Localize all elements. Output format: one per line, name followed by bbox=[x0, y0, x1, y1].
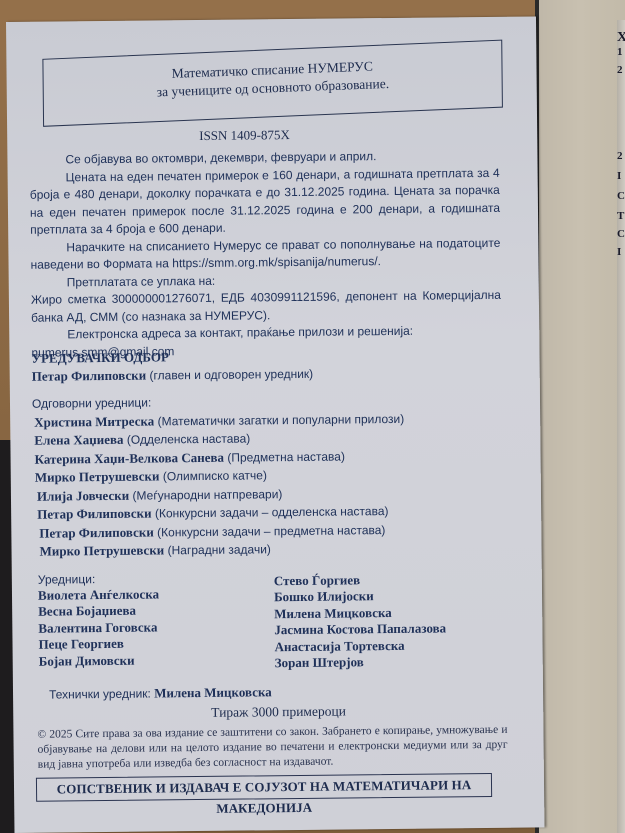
editor-role: (Меѓународни натпревари) bbox=[129, 487, 282, 503]
responsible-editors: Христина Митреска (Математички загатки и… bbox=[32, 408, 504, 561]
editor-role: (Предметна настава) bbox=[224, 449, 345, 464]
editorial-board: УРЕДУВАЧКИ ОДБОР Петар Филиповски (главе… bbox=[31, 345, 505, 704]
editor-role: (Олимписко катче) bbox=[159, 468, 267, 483]
editor: Пеце Георгиев bbox=[38, 635, 159, 653]
editor: Валентина Гоговска bbox=[38, 619, 159, 637]
editor: Јасмина Костова Папалазова bbox=[274, 620, 446, 638]
editor-name: Илија Јовчески bbox=[37, 487, 129, 503]
editor: Стево Ѓоргиев bbox=[274, 571, 446, 589]
editor-role: (Наградни задачи) bbox=[164, 542, 271, 557]
editor-name: Елена Хаџиева bbox=[34, 432, 123, 448]
orders-info: Нарачките на списанието Нумерус се права… bbox=[30, 234, 500, 274]
technical-editor-label: Технички уредник: bbox=[49, 686, 154, 701]
issn: ISSN 1409-875X bbox=[199, 127, 290, 144]
editor-role: (Математички загатки и популарни прилози… bbox=[154, 411, 404, 428]
chief-editor-name: Петар Филиповски bbox=[32, 367, 147, 383]
opposite-page-glyph: 2 bbox=[617, 150, 623, 162]
opposite-page-edge bbox=[617, 20, 625, 833]
payment-details: Жиро сметка 300000001276071, ЕДБ 4030991… bbox=[31, 287, 501, 327]
chief-editor-role: (главен и одговорен уредник) bbox=[146, 366, 313, 382]
editor: Зоран Штерјов bbox=[275, 653, 447, 671]
print-run: Тираж 3000 примероци bbox=[211, 703, 346, 720]
editor: Бојан Димовски bbox=[39, 652, 160, 670]
technical-editor-name: Милена Мицковска bbox=[154, 684, 272, 700]
editors-section: Уредници: Виолета Анѓелкоска Весна Бојаџ… bbox=[34, 566, 505, 683]
editor-name: Петар Филиповски bbox=[39, 524, 154, 540]
opposite-page-glyph: T bbox=[617, 210, 624, 222]
editor-name: Мирко Петрушевски bbox=[39, 542, 164, 558]
editor: Анастасија Тортевска bbox=[274, 637, 446, 655]
magazine-page: Математичко списание НУМЕРУС за ученицит… bbox=[6, 16, 544, 833]
editor-name: Христина Митреска bbox=[34, 413, 154, 429]
copyright-notice: © 2025 Сите права за ова издание се зашт… bbox=[37, 723, 507, 773]
orders-link[interactable]: https://smm.org.mk/spisanija/numerus/ bbox=[172, 254, 378, 270]
editors-right-column: Стево Ѓоргиев Бошко Илијоски Милена Мицк… bbox=[274, 571, 447, 672]
opposite-page-glyph: 1 bbox=[617, 46, 623, 58]
opposite-page-glyph: I bbox=[617, 170, 621, 182]
publication-info: Се објавува во октомври, декември, февру… bbox=[29, 147, 501, 362]
opposite-page-glyph: 2 bbox=[617, 64, 623, 76]
editor: Бошко Илијоски bbox=[274, 587, 446, 605]
opposite-page-glyph: C bbox=[617, 190, 625, 202]
publisher-banner: СОПСТВЕНИК И ИЗДАВАЧ Е СОЈУЗОТ НА МАТЕМА… bbox=[36, 773, 492, 802]
opposite-page-glyph: Х bbox=[617, 30, 625, 46]
editor: Весна Бојаџиева bbox=[38, 602, 159, 620]
editor-name: Петар Филиповски bbox=[37, 506, 152, 522]
responsible-editor: Мирко Петрушевски (Наградни задачи) bbox=[33, 538, 503, 561]
editor-name: Катерина Хаџи-Велкова Санева bbox=[34, 449, 224, 466]
editor-role: (Конкурсни задачи – предметна настава) bbox=[154, 523, 386, 539]
editor-role: (Конкурсни задачи – одделенска настава) bbox=[152, 504, 389, 520]
opposite-page-glyph: C bbox=[617, 228, 625, 240]
orders-suffix: . bbox=[378, 254, 381, 268]
editor-name: Мирко Петрушевски bbox=[35, 468, 160, 484]
technical-editor: Технички уредник: Милена Мицковска bbox=[35, 680, 505, 703]
editor: Виолета Анѓелкоска bbox=[38, 586, 159, 604]
editor: Милена Мицковска bbox=[274, 604, 446, 622]
price-info: Цената на еден печатен примерок е 160 де… bbox=[30, 164, 501, 239]
opposite-page: Х122ICTCI bbox=[535, 0, 625, 833]
editor-role: (Одделенска настава) bbox=[123, 431, 250, 446]
opposite-page-glyph: I bbox=[617, 246, 621, 258]
editors-left-column: Виолета Анѓелкоска Весна Бојаџиева Вален… bbox=[38, 586, 160, 670]
